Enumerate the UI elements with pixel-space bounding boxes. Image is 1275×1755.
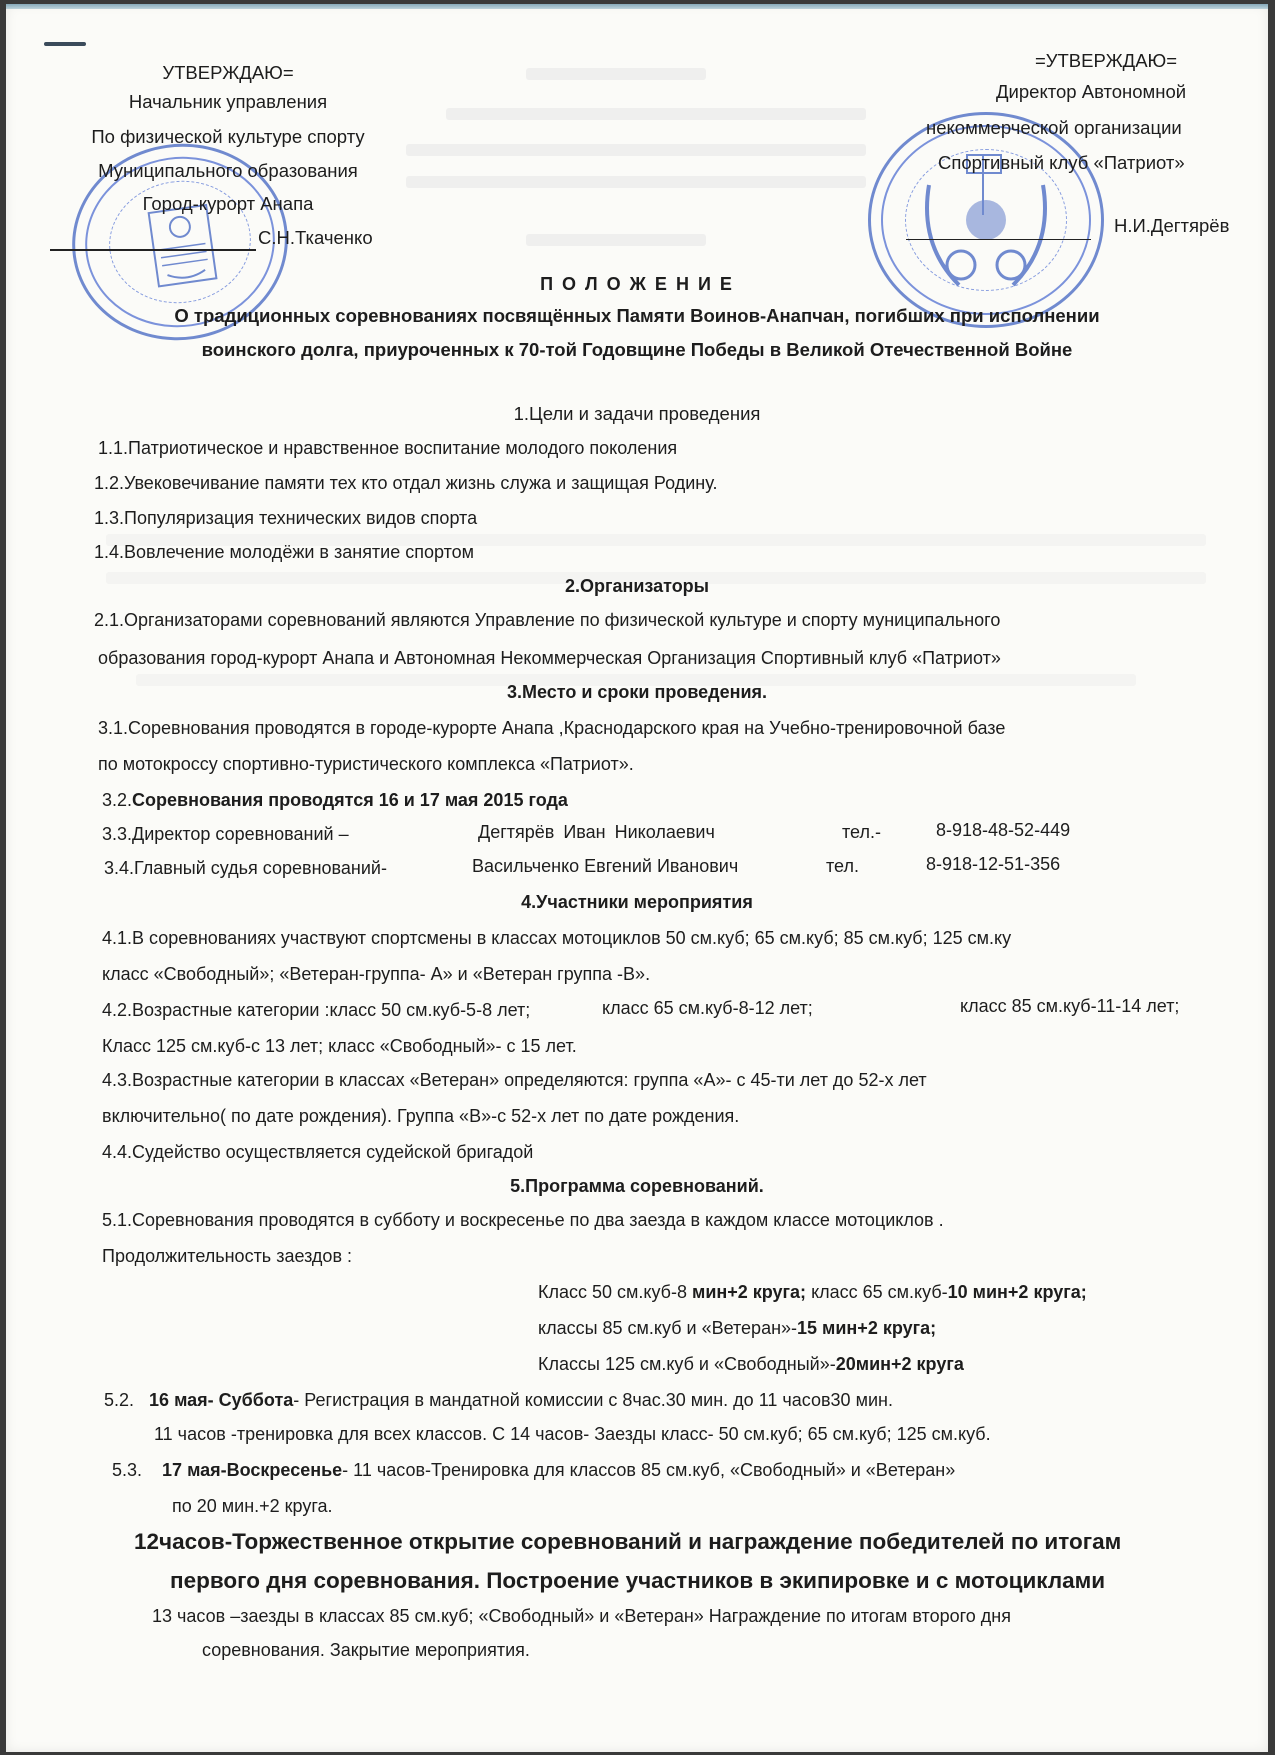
paragraph: 4.4.Судейство осуществляется судейской б… bbox=[102, 1140, 533, 1164]
paragraph: 3.2.Соревнования проводятся 16 и 17 мая … bbox=[102, 788, 568, 812]
document-title: П О Л О Ж Е Н И Е bbox=[6, 272, 1268, 296]
section-heading: 2.Организаторы bbox=[6, 574, 1268, 598]
approval-left-heading: УТВЕРЖДАЮ= bbox=[58, 60, 398, 86]
approval-left-signatory: С.Н.Ткаченко bbox=[258, 226, 373, 250]
approval-right-line: Спортивный клуб «Патриот» bbox=[938, 151, 1185, 175]
judge-name: Васильченко Евгений Иванович bbox=[472, 854, 738, 878]
schedule-text: - 11 часов-Тренировка для классов 85 см.… bbox=[342, 1460, 955, 1480]
approval-right-heading: =УТВЕРЖДАЮ= bbox=[1006, 48, 1206, 74]
signature-line bbox=[906, 239, 1091, 240]
list-item: 1.2.Увековечивание памяти тех кто отдал … bbox=[94, 471, 717, 495]
approval-left-line: Муниципального образования bbox=[58, 158, 398, 184]
duration-class: Класс 50 см.куб-8 bbox=[538, 1282, 692, 1302]
document-subtitle: воинского долга, приуроченных к 70-той Г… bbox=[6, 338, 1268, 362]
item-number: 3.2. bbox=[102, 790, 132, 810]
paragraph: Продолжительность заездов : bbox=[102, 1244, 352, 1268]
item-number: 5.2. bbox=[104, 1390, 134, 1410]
paragraph: образования город-курорт Анапа и Автоном… bbox=[98, 646, 1001, 670]
duration-class: класс 65 см.куб- bbox=[806, 1282, 948, 1302]
bleed-through bbox=[446, 108, 866, 120]
list-item: 1.4.Вовлечение молодёжи в занятие спорто… bbox=[94, 540, 474, 564]
bleed-through bbox=[406, 176, 866, 188]
paragraph: 4.2.Возрастные категории :класс 50 см.ку… bbox=[102, 998, 530, 1022]
duration-class: Классы 125 см.куб и «Свободный»- bbox=[538, 1354, 836, 1374]
scan-edge bbox=[6, 4, 1268, 9]
paragraph: 2.1.Организаторами соревнований являются… bbox=[94, 608, 1000, 632]
duration-value: 20мин+2 круга bbox=[836, 1354, 964, 1374]
judge-label: 3.4.Главный судья соревнований- bbox=[104, 856, 387, 880]
approval-right-signatory: Н.И.Дегтярёв bbox=[1114, 214, 1229, 238]
day-label: 16 мая- Суббота bbox=[149, 1390, 293, 1410]
paragraph: 4.1.В соревнованиях участвуют спортсмены… bbox=[102, 926, 1011, 950]
director-name: Дегтярёв Иван Николаевич bbox=[478, 820, 715, 844]
approval-left-line: Начальник управления bbox=[58, 89, 398, 115]
schedule-day-1: 5.2. 16 мая- Суббота- Регистрация в манд… bbox=[104, 1388, 893, 1412]
scan-mark bbox=[44, 42, 86, 46]
director-phone: 8-918-48-52-449 bbox=[936, 818, 1070, 842]
tel-label: тел.- bbox=[842, 820, 881, 844]
duration-line: классы 85 см.куб и «Ветеран»-15 мин+2 кр… bbox=[538, 1316, 936, 1340]
duration-value: 10 мин+2 круга; bbox=[948, 1282, 1087, 1302]
document-subtitle: О традиционных соревнованиях посвящённых… bbox=[6, 304, 1268, 328]
bleed-through bbox=[526, 234, 706, 246]
duration-value: мин+2 круга; bbox=[692, 1282, 806, 1302]
paragraph: класс 85 см.куб-11-14 лет; bbox=[960, 994, 1179, 1018]
section-heading: 1.Цели и задачи проведения bbox=[6, 402, 1268, 426]
approval-right-line: некоммерческой организации bbox=[926, 116, 1182, 140]
director-label: 3.3.Директор соревнований – bbox=[102, 822, 349, 846]
schedule-text: - Регистрация в мандатной комиссии с 8ча… bbox=[293, 1390, 893, 1410]
ceremony-text: первого дня соревнования. Построение уча… bbox=[170, 1566, 1105, 1596]
schedule-text: 13 часов –заезды в классах 85 см.куб; «С… bbox=[152, 1604, 1011, 1628]
duration-line: Классы 125 см.куб и «Свободный»-20мин+2 … bbox=[538, 1352, 964, 1376]
bleed-through bbox=[406, 144, 866, 156]
ceremony-text: 12часов-Торжественное открытие соревнова… bbox=[134, 1527, 1121, 1557]
approval-right-line: Директор Автономной bbox=[996, 80, 1186, 104]
paragraph: класс «Свободный»; «Ветеран-группа- А» и… bbox=[102, 962, 650, 986]
paragraph: класс 65 см.куб-8-12 лет; bbox=[602, 996, 813, 1020]
schedule-text: 11 часов -тренировка для всех классов. С… bbox=[154, 1422, 991, 1446]
bleed-through bbox=[526, 68, 706, 80]
section-heading: 3.Место и сроки проведения. bbox=[6, 680, 1268, 704]
paragraph: 5.1.Соревнования проводятся в субботу и … bbox=[102, 1208, 944, 1232]
duration-line: Класс 50 см.куб-8 мин+2 круга; класс 65 … bbox=[538, 1280, 1087, 1304]
judge-phone: 8-918-12-51-356 bbox=[926, 852, 1060, 876]
approval-left-line: По физической культуре спорту bbox=[58, 124, 398, 150]
list-item: 1.1.Патриотическое и нравственное воспит… bbox=[98, 436, 677, 460]
section-heading: 5.Программа соревнований. bbox=[6, 1174, 1268, 1198]
paragraph: Класс 125 см.куб-с 13 лет; класс «Свобод… bbox=[102, 1034, 577, 1058]
schedule-text: соревнования. Закрытие мероприятия. bbox=[202, 1638, 530, 1662]
approval-left-line: Город-курорт Анапа bbox=[58, 191, 398, 217]
paragraph: 3.1.Соревнования проводятся в городе-кур… bbox=[98, 716, 1005, 740]
section-heading: 4.Участники мероприятия bbox=[6, 890, 1268, 914]
competition-dates: Соревнования проводятся 16 и 17 мая 2015… bbox=[132, 790, 568, 810]
paragraph: 4.3.Возрастные категории в классах «Вете… bbox=[102, 1068, 927, 1092]
paragraph: по мотокроссу спортивно-туристического к… bbox=[98, 752, 634, 776]
item-number: 5.3. bbox=[112, 1460, 142, 1480]
day-label: 17 мая-Воскресенье bbox=[162, 1460, 342, 1480]
document-page: УТВЕРЖДАЮ= Начальник управления По физич… bbox=[6, 4, 1268, 1752]
duration-class: классы 85 см.куб и «Ветеран»- bbox=[538, 1318, 797, 1338]
signature-line bbox=[50, 249, 256, 251]
list-item: 1.3.Популяризация технических видов спор… bbox=[94, 506, 477, 530]
tel-label: тел. bbox=[826, 854, 859, 878]
schedule-text: по 20 мин.+2 круга. bbox=[172, 1494, 333, 1518]
duration-value: 15 мин+2 круга; bbox=[797, 1318, 936, 1338]
paragraph: включительно( по дате рождения). Группа … bbox=[102, 1104, 739, 1128]
schedule-day-2: 5.3. 17 мая-Воскресенье- 11 часов-Тренир… bbox=[112, 1458, 955, 1482]
